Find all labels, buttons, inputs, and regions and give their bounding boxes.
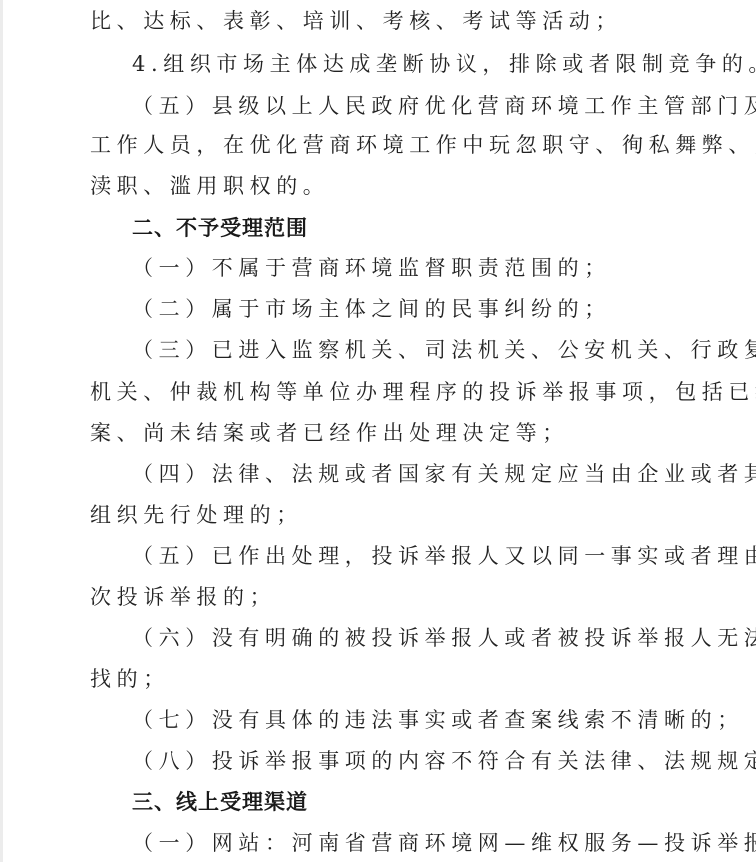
text-line: 工作人员，在优化营商环境工作中玩忽职守、徇私舞弊、失职 — [90, 130, 756, 160]
list-item: （一）网站：河南省营商环境网—维权服务—投诉举报。 — [132, 828, 756, 858]
list-item: （四）法律、法规或者国家有关规定应当由企业或者其他 — [132, 459, 756, 489]
document-page: 比、达标、表彰、培训、考核、考试等活动； 4.组织市场主体达成垄断协议，排除或者… — [0, 0, 756, 862]
text-line: 渎职、滥用职权的。 — [90, 171, 329, 201]
text-line: 机关、仲裁机构等单位办理程序的投诉举报事项，包括已经立 — [90, 377, 756, 407]
list-item: （五）已作出处理，投诉举报人又以同一事实或者理由再 — [132, 541, 756, 571]
list-item: （三）已进入监察机关、司法机关、公安机关、行政复议 — [132, 335, 756, 365]
text-line: 比、达标、表彰、培训、考核、考试等活动； — [90, 6, 622, 36]
list-item: （七）没有具体的违法事实或者查案线索不清晰的； — [132, 705, 744, 735]
text-line: 组织先行处理的； — [90, 500, 303, 530]
text-line: 次投诉举报的； — [90, 582, 276, 612]
section-heading: 三、线上受理渠道 — [132, 787, 308, 817]
list-item: （五）县级以上人民政府优化营商环境工作主管部门及其 — [132, 91, 756, 121]
text-line: 找的； — [90, 664, 170, 694]
list-item: （八）投诉举报事项的内容不符合有关法律、法规规定的。 — [132, 746, 756, 776]
section-heading: 二、不予受理范围 — [132, 213, 308, 243]
list-item: （一）不属于营商环境监督职责范围的； — [132, 253, 611, 283]
list-item: （六）没有明确的被投诉举报人或者被投诉举报人无法查 — [132, 623, 756, 653]
text-line: 4.组织市场主体达成垄断协议，排除或者限制竞争的。 — [132, 49, 756, 79]
text-line: 案、尚未结案或者已经作出处理决定等； — [90, 418, 569, 448]
list-item: （二）属于市场主体之间的民事纠纷的； — [132, 294, 611, 324]
